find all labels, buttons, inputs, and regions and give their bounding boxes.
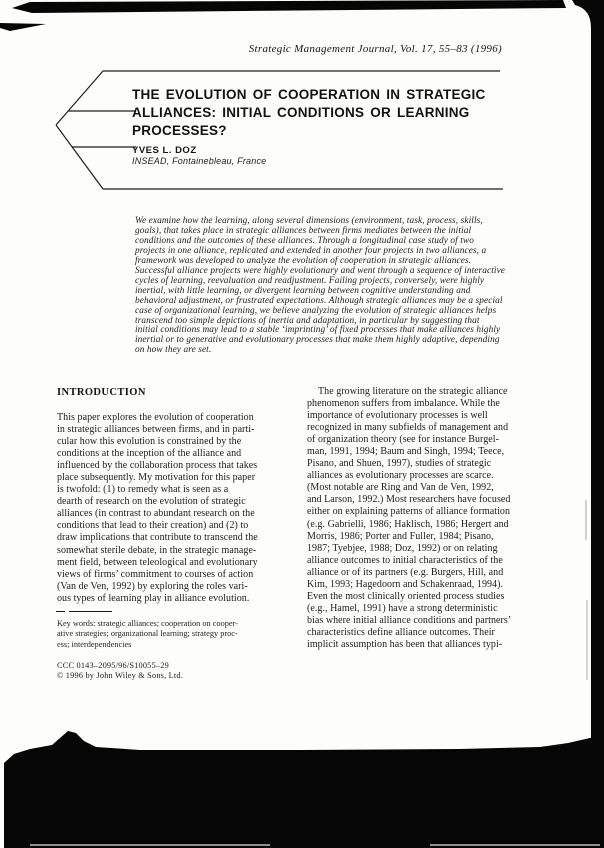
- scan-bottom-strip: [30, 844, 270, 846]
- scan-edge-noise: [585, 500, 587, 540]
- right-column-text: The growing literature on the strategic …: [307, 386, 547, 651]
- journal-header: Strategic Management Journal, Vol. 17, 5…: [200, 43, 502, 55]
- ccc-code-line: CCC 0143–2095/96/S10055–29: [57, 661, 169, 670]
- scan-top-bar: [12, 0, 566, 13]
- arrow-lower-diagonal: [56, 125, 103, 189]
- scanned-paper-page: Strategic Management Journal, Vol. 17, 5…: [0, 0, 604, 848]
- left-column-text: This paper explores the evolution of coo…: [57, 412, 302, 605]
- paper-title: THE EVOLUTION OF COOPERATION IN STRATEGI…: [132, 86, 540, 141]
- scan-edge-noise: [586, 600, 588, 680]
- footnote-rule: [56, 611, 65, 612]
- footnote-rule: [69, 611, 112, 612]
- keywords-footnote: Key words: strategic alliances; cooperat…: [57, 619, 305, 650]
- author-affiliation: INSEAD, Fontainebleau, France: [132, 156, 266, 166]
- author-name: YVES L. DOZ: [132, 145, 197, 156]
- scan-bottom-strip: [430, 844, 600, 846]
- scan-bottom-bar: [4, 731, 604, 848]
- scan-right-bar: [572, 0, 604, 848]
- abstract-text: We examine how the learning, along sever…: [135, 217, 535, 356]
- introduction-heading: INTRODUCTION: [57, 387, 146, 398]
- copyright-line: © 1996 by John Wiley & Sons, Ltd.: [57, 671, 183, 680]
- arrow-upper-diagonal: [56, 71, 103, 125]
- scan-left-wedge: [0, 23, 46, 31]
